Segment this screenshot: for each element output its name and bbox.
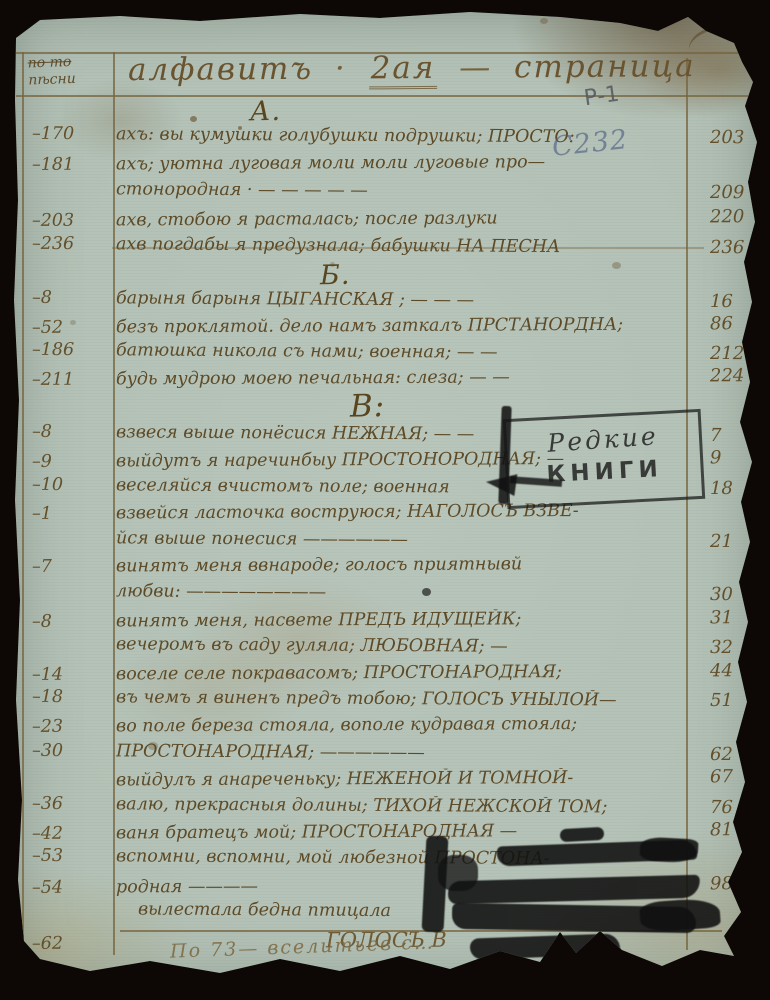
- title-page-number: 2ая: [369, 50, 438, 89]
- song-number: [20, 194, 116, 195]
- library-stamp-blob: [438, 855, 478, 891]
- song-title-text: во поле береза стояла, вополе кудравая с…: [116, 713, 700, 736]
- song-title-text: взвейся ласточка воструюся; НАГОЛОСЪ ВЗВ…: [116, 501, 700, 524]
- song-number: –181: [20, 154, 116, 175]
- song-number: –36: [20, 794, 116, 815]
- library-stamp-blob: [639, 897, 721, 933]
- song-number: [20, 914, 116, 915]
- page-number: 209: [700, 182, 758, 203]
- index-row: любви: ————————30: [20, 580, 758, 611]
- ink-speck: [540, 18, 548, 24]
- song-number: –30: [20, 740, 116, 761]
- song-number: –42: [20, 824, 116, 845]
- index-row: –170ахъ: вы кумушки голубушки подрушки; …: [20, 123, 758, 155]
- song-title-text: воселе селе покравасомъ; ПРОСТОНАРОДНАЯ;: [116, 661, 700, 684]
- ink-speck: [70, 320, 76, 325]
- rare-books-stamp: Редкие КНИГИ: [503, 409, 705, 509]
- song-title-text: валю, прекрасныя долины; ТИХОЙ НЕЖСКОЙ Т…: [116, 794, 700, 818]
- song-title-text: вечеромъ въ саду гуляла; ЛЮБОВНАЯ; —: [116, 635, 700, 659]
- index-row: –23во поле береза стояла, вополе кудрава…: [20, 713, 758, 743]
- page-number: 31: [700, 607, 758, 628]
- song-title-text: выйдулъ я анареченьку; НЕЖЕНОЙ И ТОМНОЙ-: [116, 768, 700, 791]
- index-section: А.–170ахъ: вы кумушки голубушки подрушки…: [20, 98, 758, 263]
- song-number: –53: [20, 846, 116, 867]
- song-title-text: барыня барыня ЦЫГАНСКАЯ ; — — —: [116, 288, 700, 312]
- song-number: –203: [20, 210, 116, 231]
- page-number: 30: [700, 584, 758, 605]
- song-number: –62: [20, 933, 116, 954]
- index-row: –8барыня барыня ЦЫГАНСКАЯ ; — — —16: [20, 286, 758, 317]
- index-row: –52безъ проклятой. дело намъ заткалъ ПРС…: [20, 313, 758, 343]
- index-row: стонородная · — — — — —209: [20, 178, 758, 210]
- title-separator-dot: ·: [325, 50, 357, 86]
- song-title-text: винятъ меня ввнароде; голосъ приятнывй: [116, 554, 700, 577]
- song-title-text: стонородная · — — — — —: [116, 179, 700, 203]
- song-number: [20, 649, 116, 650]
- song-title-text: любви: ————————: [116, 581, 700, 605]
- ink-speck: [330, 262, 335, 267]
- index-row: –18въ чемъ я виненъ предъ тобою; ГОЛОСЪ …: [20, 686, 758, 717]
- index-row: –203ахв, стобою я расталась; после разлу…: [20, 206, 758, 237]
- margin-column-heading: по то пѣсни: [27, 53, 112, 90]
- page-number: 67: [700, 766, 758, 787]
- page-number: 18: [700, 478, 758, 499]
- index-section: Б.–8барыня барыня ЦЫГАНСКАЯ ; — — —16–52…: [20, 263, 758, 393]
- song-title-text: батюшка никола съ нами; военная; — —: [116, 340, 700, 364]
- page-number: 51: [700, 690, 758, 711]
- song-number: –14: [20, 664, 116, 685]
- song-number: –170: [20, 124, 116, 145]
- song-number: –52: [20, 317, 116, 338]
- page-number: 21: [700, 531, 758, 552]
- song-number: –236: [20, 234, 116, 255]
- page-number: 9: [700, 447, 758, 468]
- song-number: –186: [20, 339, 116, 360]
- ink-speck: [238, 126, 242, 130]
- page-number: 76: [700, 797, 758, 818]
- song-number: –10: [20, 474, 116, 495]
- page-number: 44: [700, 660, 758, 681]
- page-number: 220: [700, 206, 758, 227]
- song-number: –18: [20, 687, 116, 708]
- page-number: 236: [700, 237, 758, 258]
- rare-books-stamp-line2: КНИГИ: [508, 454, 701, 490]
- ink-speck: [148, 742, 158, 750]
- song-number: –7: [20, 557, 116, 578]
- song-number: [20, 786, 116, 787]
- page-number: 212: [700, 342, 758, 363]
- page-number: 224: [700, 365, 758, 386]
- title-separator-dash: —: [449, 49, 502, 85]
- page-number: 81: [700, 819, 758, 840]
- song-number: –8: [20, 611, 116, 632]
- ink-speck: [190, 116, 197, 122]
- song-number: –8: [20, 287, 116, 308]
- index-body: А.–170ахъ: вы кумушки голубушки подрушки…: [20, 98, 758, 954]
- index-row: –181ахъ; уютна луговая моли моли луговые…: [20, 151, 758, 182]
- song-title-text: въ чемъ я виненъ предъ тобою; ГОЛОСЪ УНЫ…: [116, 688, 700, 712]
- library-stamp-blob: [560, 827, 605, 842]
- song-number: [20, 543, 116, 544]
- library-stamp-blob: [470, 933, 621, 959]
- song-title-text: винятъ меня, насвете ПРЕДЪ ИДУЩЕЙК;: [116, 608, 700, 631]
- index-row: –186батюшка никола съ нами; военная; — —…: [20, 338, 758, 369]
- pencil-shelf-mark: Р-1: [582, 82, 620, 112]
- index-row: выйдулъ я анареченьку; НЕЖЕНОЙ И ТОМНОЙ-…: [20, 766, 758, 796]
- ink-speck: [612, 262, 621, 269]
- song-title-text: ахв погдабы я предузнала; бабушки НА ПЕС…: [116, 234, 700, 258]
- manuscript-page: по то пѣсни алфавитъ · 2ая — страница А.…: [0, 0, 770, 1000]
- song-number: –1: [20, 504, 116, 525]
- ink-speck: [422, 588, 431, 596]
- title-word-page: страница: [514, 48, 696, 85]
- page-number: 203: [700, 127, 758, 148]
- index-row: вечеромъ въ саду гуляла; ЛЮБОВНАЯ; —32: [20, 633, 758, 664]
- song-title-text: ваня братецъ мой; ПРОСТОНАРОДНАЯ —: [116, 821, 700, 844]
- page-number: 32: [700, 637, 758, 658]
- song-title-text: йся выше понесися ——————: [116, 528, 700, 552]
- page-number: 98: [700, 873, 758, 894]
- song-title-text: безъ проклятой. дело намъ заткалъ ПРСТАН…: [116, 314, 700, 337]
- song-number: –9: [20, 452, 116, 473]
- song-number: –23: [20, 716, 116, 737]
- index-row: –1взвейся ласточка воструюся; НАГОЛОСЪ В…: [20, 500, 758, 530]
- page-number: 16: [700, 290, 758, 311]
- margin-heading-line2: пѣсни: [28, 70, 113, 90]
- song-title-text: ПРОСТОНАРОДНАЯ; ——————: [116, 741, 700, 765]
- song-number: –54: [20, 877, 116, 898]
- song-title-text: ахв, стобою я расталась; после разлуки: [116, 207, 700, 230]
- page-number: 86: [700, 313, 758, 334]
- song-number: –211: [20, 369, 116, 390]
- rare-books-stamp-line1: Редкие: [506, 418, 700, 460]
- song-number: [20, 596, 116, 597]
- page-number: 62: [700, 744, 758, 765]
- page-number: 7: [700, 424, 758, 445]
- title-word-alphabet: алфавитъ: [128, 51, 313, 88]
- song-title-text: будь мудрою моею печальная: слеза; — —: [116, 366, 700, 389]
- song-number: –8: [20, 421, 116, 442]
- page-title: алфавитъ · 2ая — страница: [128, 48, 728, 88]
